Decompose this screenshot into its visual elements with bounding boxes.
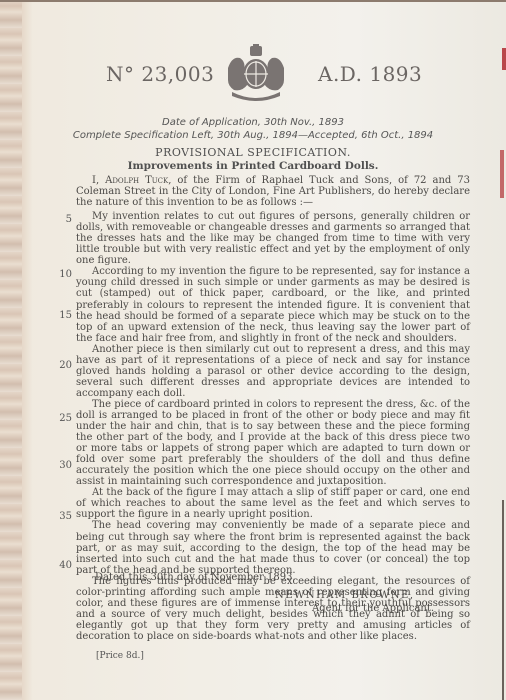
right-edge-shadow [502,500,504,700]
section-title: PROVISIONAL SPECIFICATION. [0,146,506,159]
paragraph-1: I, Adolph Tuck, of the Firm of Raphael T… [76,175,470,208]
paragraph-3: According to my invention the figure to … [76,266,470,343]
complete-specification-date: Complete Specification Left, 30th Aug., … [0,130,506,141]
coat-of-arms-icon [222,44,290,102]
patent-number: N° 23,003 [106,62,214,86]
line-number-10: 10 [44,269,72,280]
paragraph-5: The piece of cardboard printed in colors… [76,399,470,487]
agent-label: Agent for the Applicant. [312,603,434,614]
top-edge [0,0,506,2]
red-mark-top [502,48,506,70]
patent-year: A.D. 1893 [318,62,422,86]
line-number-35: 35 [44,511,72,522]
paragraph-7: The head covering may conveniently be ma… [76,520,470,575]
line-number-15: 15 [44,310,72,321]
p1-prefix: I, [92,175,105,186]
document-page: N° 23,003 A.D. 1893 Date of Application,… [0,0,506,700]
line-number-40: 40 [44,560,72,571]
line-number-20: 20 [44,360,72,371]
paragraph-6: At the back of the figure I may attach a… [76,487,470,520]
signature: NEWNHAM BROWNE, [275,590,415,601]
inventor-name: Adolph Tuck [105,175,168,186]
line-number-30: 30 [44,460,72,471]
dated-line: Dated this 30th day of November 1893. [95,572,296,583]
paragraph-2: My invention relates to cut out figures … [76,211,470,266]
worn-left-shadow [22,0,32,700]
line-number-25: 25 [44,413,72,424]
line-number-5: 5 [44,214,72,225]
worn-left-edge [0,0,22,700]
paragraph-4: Another piece is then similarly cut out … [76,344,470,399]
price-label: [Price 8d.] [96,651,144,661]
application-date: Date of Application, 30th Nov., 1893 [0,117,506,128]
document-title: Improvements in Printed Cardboard Dolls. [0,160,506,172]
